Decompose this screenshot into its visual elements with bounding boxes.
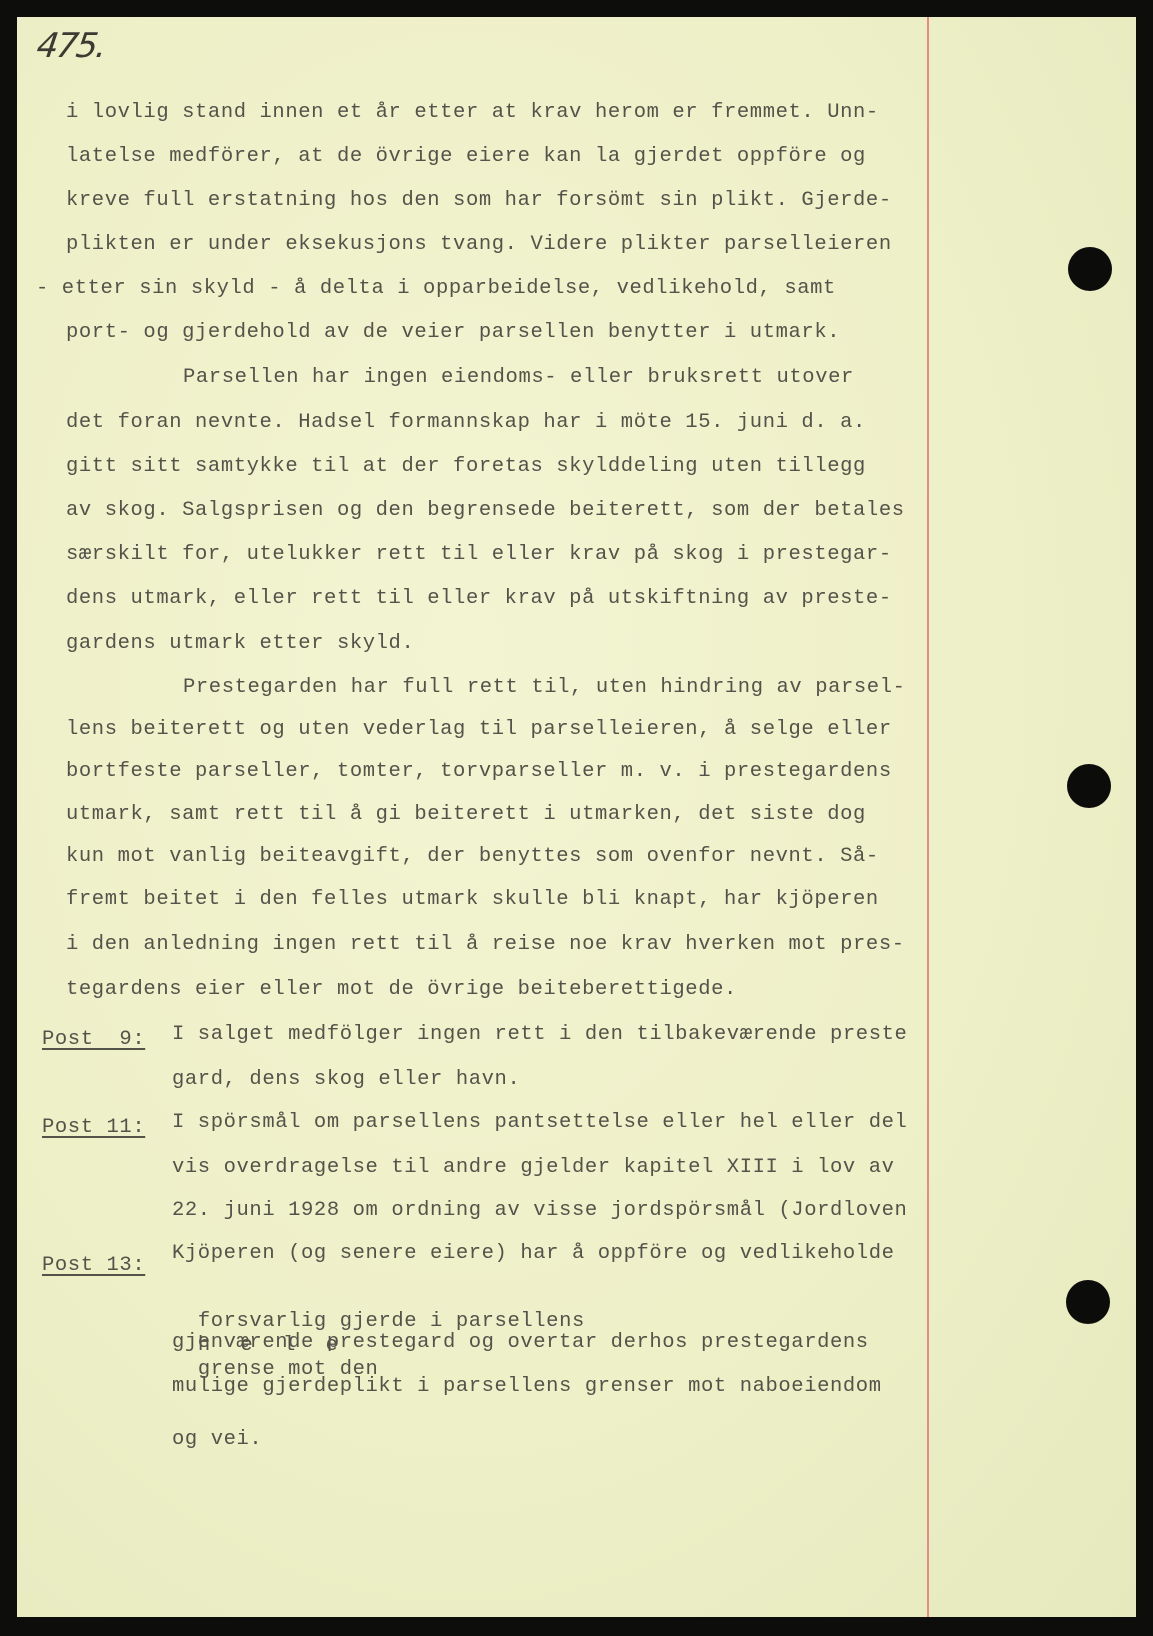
paragraph-start: Parsellen har ingen eiendoms- eller bruk…: [183, 366, 854, 390]
post-9-text: gard, dens skog eller havn.: [172, 1068, 520, 1092]
punch-hole-icon: [1066, 1280, 1110, 1324]
post-13-label: Post 13:: [42, 1254, 145, 1278]
text-line: av skog. Salgsprisen og den begrensede b…: [66, 499, 905, 523]
text-line: gardens utmark etter skyld.: [66, 632, 414, 656]
text-line: plikten er under eksekusjons tvang. Vide…: [66, 233, 892, 257]
text-line: i lovlig stand innen et år etter at krav…: [66, 101, 879, 125]
text-line: - etter sin skyld - å delta i opparbeide…: [36, 277, 836, 301]
margin-rule: [927, 17, 929, 1617]
text-line: særskilt for, utelukker rett til eller k…: [66, 543, 892, 567]
text-line: port- og gjerdehold av de veier parselle…: [66, 321, 840, 345]
post-13-text-start: forsvarlig gjerde i parsellens: [198, 1310, 585, 1333]
post-11-text: vis overdragelse til andre gjelder kapit…: [172, 1156, 895, 1180]
text-line: i den anledning ingen rett til å reise n…: [66, 933, 905, 957]
text-line: bortfeste parseller, tomter, torvparsell…: [66, 760, 892, 784]
text-line: latelse medförer, at de övrige eiere kan…: [66, 145, 866, 169]
punch-hole-icon: [1068, 247, 1112, 291]
post-9-text: I salget medfölger ingen rett i den tilb…: [172, 1023, 907, 1047]
punch-hole-icon: [1067, 764, 1111, 808]
text-line: kun mot vanlig beiteavgift, der benyttes…: [66, 845, 879, 869]
text-line: tegardens eier eller mot de övrige beite…: [66, 978, 737, 1002]
page-number: 475.: [34, 26, 107, 66]
post-13-text: gjenværende prestegard og overtar derhos…: [172, 1331, 869, 1355]
post-13-text: Kjöperen (og senere eiere) har å oppföre…: [172, 1242, 895, 1266]
text-line: dens utmark, eller rett til eller krav p…: [66, 587, 892, 611]
text-line: lens beiterett og uten vederlag til pars…: [66, 718, 892, 742]
post-11-text: I spörsmål om parsellens pantsettelse el…: [172, 1111, 907, 1135]
post-13-text: mulige gjerdeplikt i parsellens grenser …: [172, 1375, 882, 1399]
post-13-text: og vei.: [172, 1428, 262, 1452]
post-9-label: Post 9:: [42, 1028, 145, 1052]
text-line: gitt sitt samtykke til at der foretas sk…: [66, 455, 866, 479]
text-line: det foran nevnte. Hadsel formannskap har…: [66, 411, 866, 435]
text-line: kreve full erstatning hos den som har fo…: [66, 189, 892, 213]
text-line: utmark, samt rett til å gi beiterett i u…: [66, 803, 866, 827]
paragraph-start: Prestegarden har full rett til, uten hin…: [183, 676, 906, 700]
post-11-text: 22. juni 1928 om ordning av visse jordsp…: [172, 1199, 907, 1223]
text-line: fremt beitet i den felles utmark skulle …: [66, 888, 879, 912]
post-11-label: Post 11:: [42, 1116, 145, 1140]
